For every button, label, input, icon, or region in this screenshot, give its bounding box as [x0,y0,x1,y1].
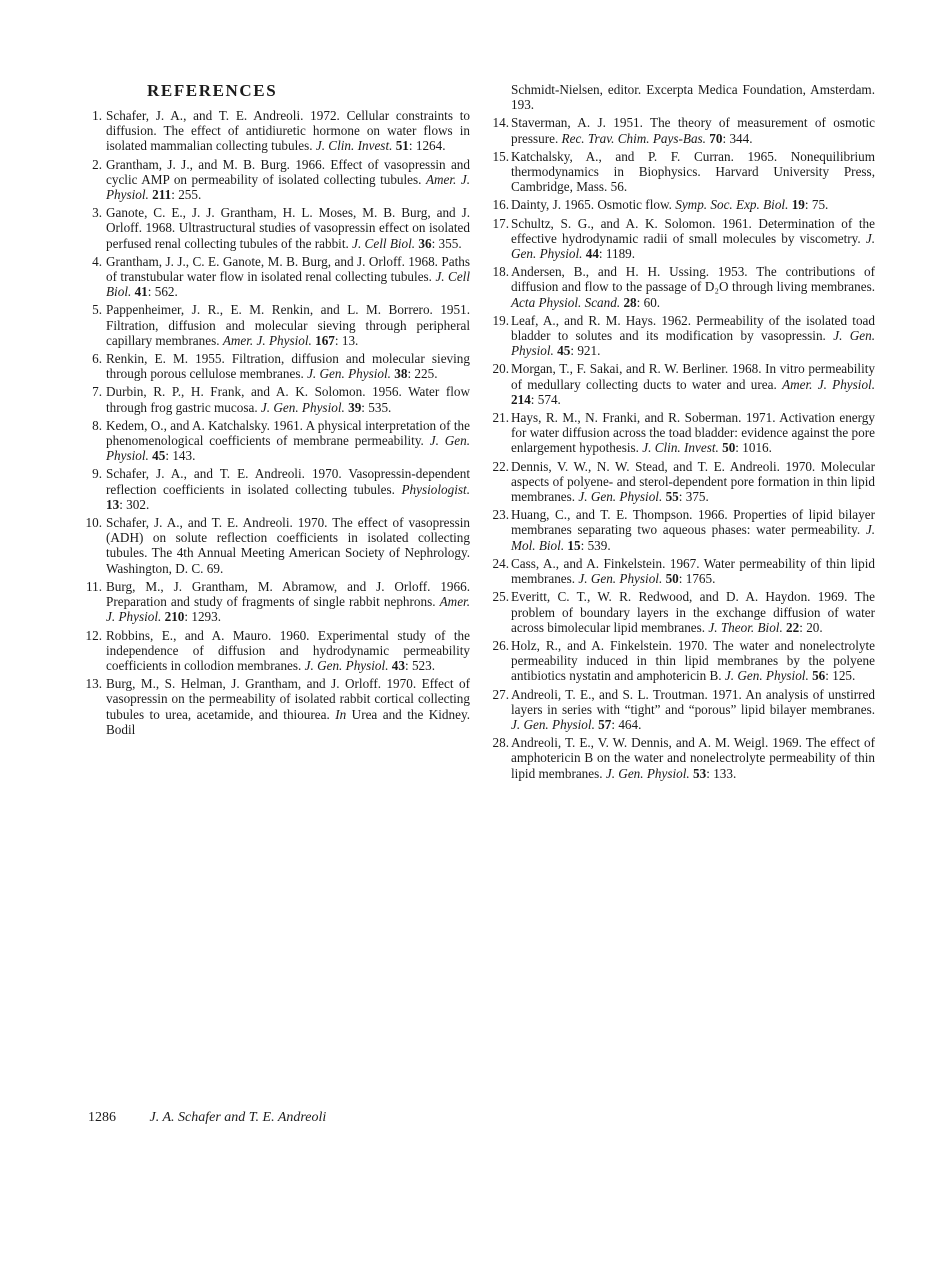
page-footer: 1286 J. A. Schafer and T. E. Andreoli [88,1110,326,1126]
reference-item: 23.Huang, C., and T. E. Thompson. 1966. … [511,507,875,553]
journal-name: J. Mol. Biol. [511,522,875,552]
reference-number: 16. [489,197,509,212]
journal-volume: 13 [106,497,119,512]
journal-volume: 210 [165,609,185,624]
journal-volume: 45 [152,448,165,463]
reference-text: Everitt, C. T., W. R. Redwood, and D. A.… [511,589,875,635]
journal-name: J. Gen. Physiol. [305,658,389,673]
reference-text: Morgan, T., F. Sakai, and R. W. Berliner… [511,361,875,407]
reference-number: 14. [489,115,509,130]
reference-text: Renkin, E. M. 1955. Filtration, diffusio… [106,351,470,381]
reference-text: Dainty, J. 1965. Osmotic flow. Symp. Soc… [511,197,875,212]
reference-text: Pappenheimer, J. R., E. M. Renkin, and L… [106,302,470,348]
reference-text: Kedem, O., and A. Katchalsky. 1961. A ph… [106,418,470,464]
journal-volume: 41 [135,284,148,299]
reference-number: 23. [489,507,509,522]
reference-item: 26.Holz, R., and A. Finkelstein. 1970. T… [511,638,875,684]
page-number: 1286 [88,1110,146,1126]
reference-text: Katchalsky, A., and P. F. Curran. 1965. … [511,149,875,195]
reference-text: Hays, R. M., N. Franki, and R. Soberman.… [511,410,875,456]
journal-volume: 44 [586,246,599,261]
reference-item: 4.Grantham, J. J., C. E. Ganote, M. B. B… [106,254,470,300]
journal-volume: 43 [392,658,405,673]
reference-item: 25.Everitt, C. T., W. R. Redwood, and D.… [511,589,875,635]
journal-volume: 55 [666,489,679,504]
reference-number: 26. [489,638,509,653]
journal-name: J. Gen. Physiol. [511,231,875,261]
journal-volume: 22 [786,620,799,635]
reference-number: 28. [489,735,509,750]
reference-text: Cass, A., and A. Finkelstein. 1967. Wate… [511,556,875,586]
reference-item: 10.Schafer, J. A., and T. E. Andreoli. 1… [106,515,470,576]
journal-name: J. Gen. Physiol. [578,571,662,586]
journal-name: J. Cell Biol. [352,236,415,251]
references-right-column: Schmidt-Nielsen, editor. Excerpta Medica… [511,82,875,784]
reference-item: 28.Andreoli, T. E., V. W. Dennis, and A.… [511,735,875,781]
reference-text: Andreoli, T. E., V. W. Dennis, and A. M.… [511,735,875,781]
journal-name: J. Clin. Invest. [316,138,393,153]
reference-text: Grantham, J. J., C. E. Ganote, M. B. Bur… [106,254,470,300]
journal-volume: 214 [511,392,531,407]
journal-volume: 167 [315,333,335,348]
journal-name: Symp. Soc. Exp. Biol. [675,197,788,212]
reference-item: 7.Durbin, R. P., H. Frank, and A. K. Sol… [106,384,470,414]
journal-name: J. Gen. Physiol. [725,668,809,683]
reference-item: 5.Pappenheimer, J. R., E. M. Renkin, and… [106,302,470,348]
running-authors: J. A. Schafer and T. E. Andreoli [150,1110,327,1125]
reference-item: 11.Burg, M., J. Grantham, M. Abramow, an… [106,579,470,625]
journal-volume: 38 [394,366,407,381]
journal-name: Amer. J. Physiol. [782,377,875,392]
reference-text: Schafer, J. A., and T. E. Andreoli. 1970… [106,515,470,576]
reference-text: Ganote, C. E., J. J. Grantham, H. L. Mos… [106,205,470,251]
reference-item: 22.Dennis, V. W., N. W. Stead, and T. E.… [511,459,875,505]
journal-volume: 15 [567,538,580,553]
journal-name: J. Gen. Physiol. [578,489,662,504]
journal-volume: 36 [418,236,431,251]
reference-text: Staverman, A. J. 1951. The theory of mea… [511,115,875,145]
journal-volume: 39 [348,400,361,415]
reference-item: 20.Morgan, T., F. Sakai, and R. W. Berli… [511,361,875,407]
journal-volume: 45 [557,343,570,358]
reference-item: 24.Cass, A., and A. Finkelstein. 1967. W… [511,556,875,586]
reference-item: 15.Katchalsky, A., and P. F. Curran. 196… [511,149,875,195]
reference-item: 21.Hays, R. M., N. Franki, and R. Soberm… [511,410,875,456]
journal-volume: 51 [396,138,409,153]
reference-number: 24. [489,556,509,571]
reference-continuation: Schmidt-Nielsen, editor. Excerpta Medica… [511,82,875,112]
reference-number: 25. [489,589,509,604]
reference-item: 18.Andersen, B., and H. H. Ussing. 1953.… [511,264,875,310]
journal-volume: 56 [812,668,825,683]
reference-text: Andreoli, T. E., and S. L. Troutman. 197… [511,687,875,733]
reference-number: 19. [489,313,509,328]
reference-item: 13.Burg, M., S. Helman, J. Grantham, and… [106,676,470,737]
reference-number: 1. [82,108,102,123]
reference-number: 10. [82,515,102,530]
reference-item: 27.Andreoli, T. E., and S. L. Troutman. … [511,687,875,733]
reference-number: 21. [489,410,509,425]
reference-item: 12.Robbins, E., and A. Mauro. 1960. Expe… [106,628,470,674]
reference-number: 20. [489,361,509,376]
reference-text: Holz, R., and A. Finkelstein. 1970. The … [511,638,875,684]
reference-number: 13. [82,676,102,691]
reference-item: 14.Staverman, A. J. 1951. The theory of … [511,115,875,145]
reference-text: Schultz, S. G., and A. K. Solomon. 1961.… [511,216,875,262]
journal-name: Amer. J. Physiol. [106,594,470,624]
reference-number: 2. [82,157,102,172]
reference-number: 27. [489,687,509,702]
reference-number: 8. [82,418,102,433]
reference-number: 22. [489,459,509,474]
reference-number: 12. [82,628,102,643]
reference-number: 3. [82,205,102,220]
reference-item: 9.Schafer, J. A., and T. E. Andreoli. 19… [106,466,470,512]
reference-number: 17. [489,216,509,231]
journal-name: J. Gen. Physiol. [261,400,345,415]
journal-volume: 50 [666,571,679,586]
reference-text: Dennis, V. W., N. W. Stead, and T. E. An… [511,459,875,505]
reference-number: 4. [82,254,102,269]
reference-number: 6. [82,351,102,366]
reference-item: 8.Kedem, O., and A. Katchalsky. 1961. A … [106,418,470,464]
reference-item: 1.Schafer, J. A., and T. E. Andreoli. 19… [106,108,470,154]
references-heading: REFERENCES [147,81,277,101]
reference-number: 7. [82,384,102,399]
journal-name: J. Cell Biol. [106,269,470,299]
journal-volume: 50 [722,440,735,455]
journal-name: J. Gen. Physiol. [606,766,690,781]
reference-text: Huang, C., and T. E. Thompson. 1966. Pro… [511,507,875,553]
reference-text: Schafer, J. A., and T. E. Andreoli. 1972… [106,108,470,154]
reference-number: 11. [82,579,102,594]
reference-item: 17.Schultz, S. G., and A. K. Solomon. 19… [511,216,875,262]
journal-name: Amer. J. Physiol. [223,333,312,348]
reference-text: Andersen, B., and H. H. Ussing. 1953. Th… [511,264,875,310]
reference-text: Schafer, J. A., and T. E. Andreoli. 1970… [106,466,470,512]
reference-text: Grantham, J. J., and M. B. Burg. 1966. E… [106,157,470,203]
journal-volume: 28 [623,295,636,310]
reference-item: 2.Grantham, J. J., and M. B. Burg. 1966.… [106,157,470,203]
journal-volume: 70 [709,131,722,146]
reference-item: 19.Leaf, A., and R. M. Hays. 1962. Perme… [511,313,875,359]
reference-item: 16.Dainty, J. 1965. Osmotic flow. Symp. … [511,197,875,212]
journal-name: J. Gen. Physiol. [511,717,595,732]
journal-name: J. Theor. Biol. [708,620,782,635]
journal-name: J. Gen. Physiol. [307,366,391,381]
reference-number: 5. [82,302,102,317]
journal-name: Acta Physiol. Scand. [511,295,620,310]
journal-volume: 53 [693,766,706,781]
journal-name: Rec. Trav. Chim. Pays-Bas. [562,131,706,146]
journal-name: J. Clin. Invest. [642,440,719,455]
reference-text: Burg, M., J. Grantham, M. Abramow, and J… [106,579,470,625]
reference-text: Leaf, A., and R. M. Hays. 1962. Permeabi… [511,313,875,359]
references-left-column: 1.Schafer, J. A., and T. E. Andreoli. 19… [106,108,470,740]
journal-name: Physiologist. [401,482,470,497]
reference-number: 9. [82,466,102,481]
reference-number: 18. [489,264,509,279]
journal-name: In [335,707,346,722]
journal-volume: 19 [792,197,805,212]
reference-text: Robbins, E., and A. Mauro. 1960. Experim… [106,628,470,674]
reference-text: Durbin, R. P., H. Frank, and A. K. Solom… [106,384,470,414]
journal-volume: 211 [152,187,171,202]
reference-item: 6.Renkin, E. M. 1955. Filtration, diffus… [106,351,470,381]
reference-item: 3.Ganote, C. E., J. J. Grantham, H. L. M… [106,205,470,251]
journal-volume: 57 [598,717,611,732]
reference-text: Burg, M., S. Helman, J. Grantham, and J.… [106,676,470,737]
reference-number: 15. [489,149,509,164]
